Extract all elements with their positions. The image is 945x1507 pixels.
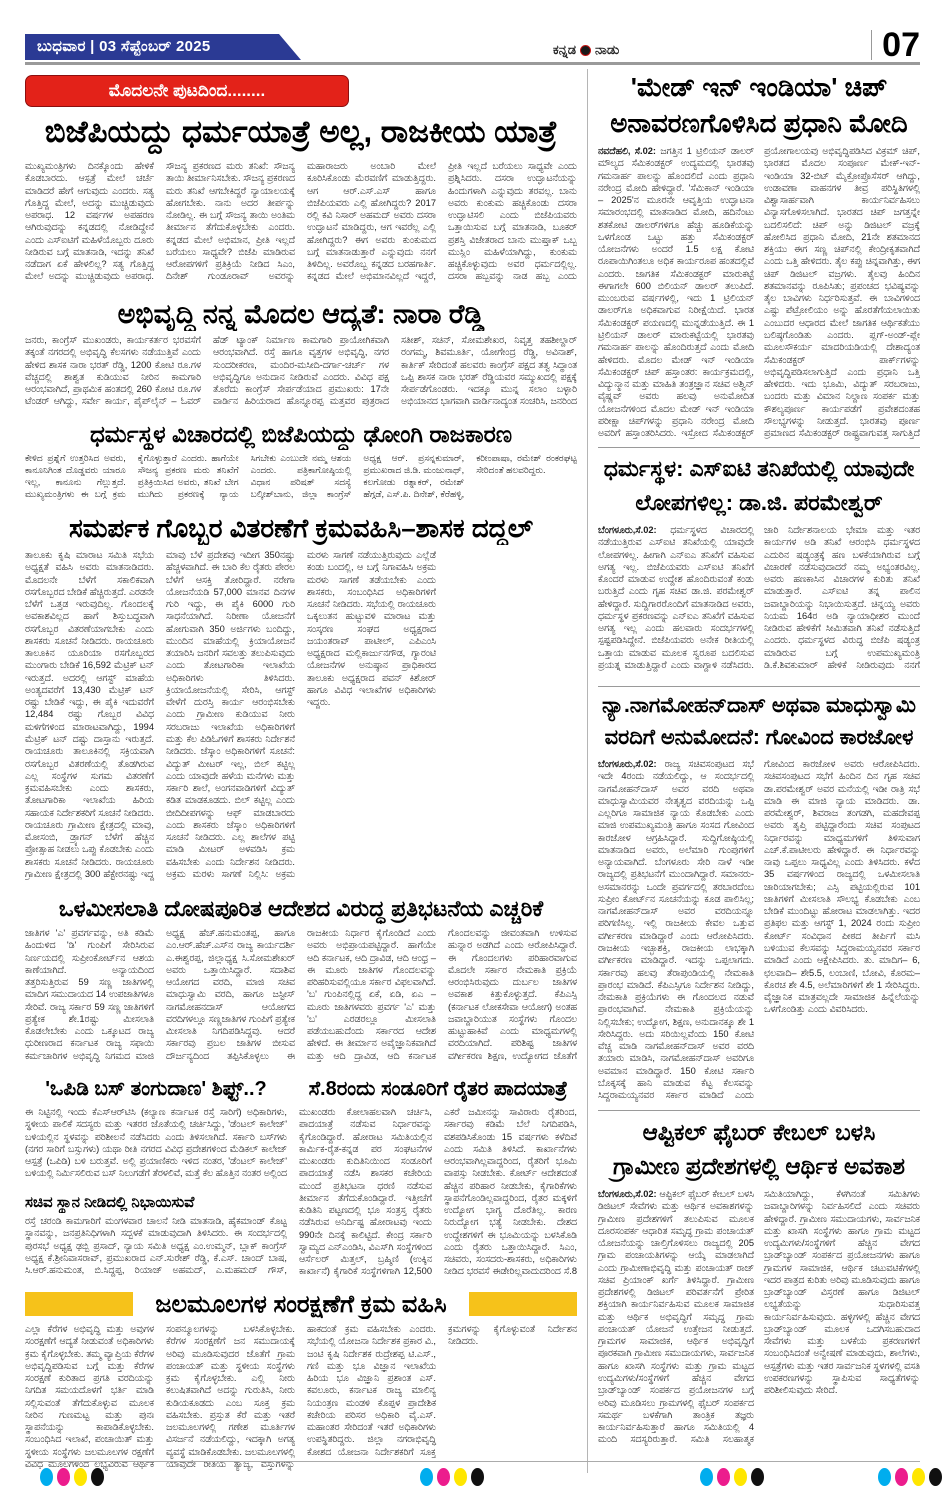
magenta-mark-icon <box>437 1468 450 1486</box>
headline-highlight-block-left <box>25 1292 133 1316</box>
article-sandur-padayatra: ಸೆ.8ರಂದು ಸಂಡೂರಿಗೆ ರೈತರ ಪಾದಯಾತ್ರೆ ಮುಖಂಡರು… <box>299 1076 577 1282</box>
article-body: ಕೇಳಿದ ಪ್ರಶ್ನೆಗೆ ಉತ್ತರಿಸಿದ ಅವರು, ಕಾನೂನಿಗಿ… <box>25 453 577 508</box>
article-headline: ಧರ್ಮಸ್ಥಳ ವಿಚಾರದಲ್ಲಿ ಬಿಜೆಪಿಯದ್ದು ಢೋಂಗಿ ರಾ… <box>25 420 577 450</box>
article-olamisalati: ಒಳಮೀಸಲಾತಿ ದೋಷಪೂರಿತ ಆದೇಶದ ವಿರುದ್ಧ ಪ್ರತಿಭಟ… <box>25 895 577 1071</box>
article-body: ಮುಖ್ಯಮಂತ್ರಿಗಳು ದಿನಕ್ಕೊಂದು ಹೇಳಿಕೆ ಕೊಡಬಾರದ… <box>25 160 577 294</box>
article-subheadline: ಸಚಿವ ಸ್ಥಾನ ನೀಡಿದಲ್ಲಿ ನಿಭಾಯಿಸುವೆ <box>25 1194 287 1213</box>
page-number: 07 <box>882 30 920 60</box>
black-mark-icon <box>471 1468 484 1486</box>
yellow-mark-icon <box>912 1468 925 1486</box>
article-optical-fiber: ಆಪ್ಟಿಕಲ್ ಫೈಬರ್ ಕೇಬಲ್ ಬಳಸಿ ಗ್ರಾಮೀಣ ಪ್ರದೇಶ… <box>598 1111 920 1446</box>
headline-line-2: ಗ್ರಾಮೀಣ ಪ್ರದೇಶಗಳಲ್ಲಿ ಆರ್ಥಿಕ ಅವಕಾಶ <box>598 1149 920 1183</box>
article-dharmasthala-dhongi: ಧರ್ಮಸ್ಥಳ ವಿಚಾರದಲ್ಲಿ ಬಿಜೆಪಿಯದ್ದು ಢೋಂಗಿ ರಾ… <box>25 420 577 508</box>
dateline: ಬೆಂಗಳೂರು,ಸೆ.02: <box>598 759 657 769</box>
print-registration-marks <box>878 1468 942 1486</box>
magenta-mark-icon <box>57 1468 70 1486</box>
article-body: ಎಲ್ಲಾ ಕೆರೆಗಳ ಅಭಿವೃದ್ಧಿ ಮತ್ತು ಅವುಗಳ ಸಂರಕ್… <box>25 1323 577 1473</box>
article-headline: ಜಲಮೂಲಗಳ ಸಂರಕ್ಷಣೆಗೆ ಕ್ರಮ ವಹಿಸಿ <box>143 1290 459 1319</box>
article-karajola: ನ್ಯಾ.ನಾಗಮೋಹನ್‌ದಾಸ್ ಅಥವಾ ಮಾಧುಸ್ವಾಮಿ ವರದಿಗ… <box>598 687 920 1105</box>
page-number-block: 07 <box>871 30 920 60</box>
article-body: ಮುಖಂಡರು ಕೋಲಾಹಲವಾಗಿ ಚರ್ಚಿಸಿ, ಪಾದಯಾತ್ರೆ ನಡ… <box>299 1106 577 1278</box>
dateline: ಬೆಂಗಳೂರು,ಸೆ.02: <box>598 525 657 535</box>
newspaper-page: ಬುಧವಾರ | 03 ಸೆಪ್ಟೆಂಬರ್ 2025 ಕನ್ನಡ ನಾಡು 0… <box>25 0 920 1473</box>
masthead-left-text: ಕನ್ನಡ <box>553 42 576 58</box>
article-bjp-yatra: ಬಿಜೆಪಿಯದ್ದು ಧರ್ಮಯಾತ್ರೆ ಅಲ್ಲ, ರಾಜಕೀಯ ಯಾತ್… <box>25 109 577 294</box>
headline-line-2: ವರದಿಗೆ ಅನುಮೋದನೆ: ಗೋವಿಂದ ಕಾರಜೋಳ <box>598 722 920 754</box>
yellow-mark-icon <box>454 1468 467 1486</box>
header-rule <box>25 62 920 65</box>
cyan-mark-icon <box>40 1468 53 1486</box>
article-abhivruddhi: ಅಭಿವೃದ್ಧಿ ನನ್ನ ಮೊದಲ ಆದ್ಯತೆ: ನಾರಾ ರೆಡ್ಡಿ … <box>25 298 577 416</box>
article-headline: ಆಪ್ಟಿಕಲ್ ಫೈಬರ್ ಕೇಬಲ್ ಬಳಸಿ ಗ್ರಾಮೀಣ ಪ್ರದೇಶ… <box>598 1111 920 1186</box>
dateline: ಬೆಂಗಳೂರು,ಸೆ.02: <box>598 1189 657 1199</box>
headline-line-1: ಧರ್ಮಸ್ಥಳ: ಎಸ್ಐಟಿ ತನಿಖೆಯಲ್ಲಿ ಯಾವುದೇ <box>598 452 920 486</box>
article-gobbara: ಸಮರ್ಪಕ ಗೊಬ್ಬರ ವಿತರಣೆಗೆ ಕ್ರಮವಹಿಸಿ–ಶಾಸಕ ದದ… <box>25 513 577 889</box>
print-registration-marks <box>420 1468 484 1486</box>
magenta-mark-icon <box>717 1468 730 1486</box>
headline-line-1: ಆಪ್ಟಿಕಲ್ ಫೈಬರ್ ಕೇಬಲ್ ಬಳಸಿ <box>598 1115 920 1149</box>
article-body: ಬೆಂಗಳೂರು,ಸೆ.02: ಆಪ್ಟಿಕಲ್ ಫೈಬರ್ ಕೇಬಲ್ ಬಳಸ… <box>598 1188 920 1446</box>
black-mark-icon <box>91 1468 104 1486</box>
print-registration-marks <box>700 1468 764 1486</box>
article-headline: ಅಭಿವೃದ್ಧಿ ನನ್ನ ಮೊದಲ ಆದ್ಯತೆ: ನಾರಾ ರೆಡ್ಡಿ <box>25 298 577 331</box>
yellow-mark-icon <box>74 1468 87 1486</box>
article-body: ಜಾತಿಗಳ 'ಎ' ಪ್ರವರ್ಗವನ್ನು, ಅತಿ ಕಡಿಮೆ ಹಿಂದು… <box>25 927 577 1071</box>
article-jalamoola: ಜಲಮೂಲಗಳ ಸಂರಕ್ಷಣೆಗೆ ಕ್ರಮ ವಹಿಸಿ ಎಲ್ಲಾ ಕೆರೆ… <box>25 1289 577 1473</box>
headline-highlight-block-right <box>469 1292 577 1316</box>
content-area: ಮೊದಲನೇ ಪುಟದಿಂದ........ ಬಿಜೆಪಿಯದ್ದು ಧರ್ಮಯ… <box>25 69 920 1473</box>
body-text: ಧರ್ಮಸ್ಥಳದ ವಿಚಾರದಲ್ಲಿ ನಡೆಯುತ್ತಿರುವ ಎಸ್ಐಟಿ… <box>598 525 920 670</box>
article-body: ಈ ನಿಟ್ಟಿನಲ್ಲಿ ಇಂದು ಕೆಎಸ್ಆರ್‌ಟಿಸಿ (ಕಲ್ಯಾಣ… <box>25 1106 287 1192</box>
body-text: ಆಪ್ಟಿಕಲ್ ಫೈಬರ್ ಕೇಬಲ್ ಬಳಸಿ ಡಿಜಿಟಲ್ ಸೇವೆಗಳ… <box>598 1189 920 1444</box>
article-headline: ಒಳಮೀಸಲಾತಿ ದೋಷಪೂರಿತ ಆದೇಶದ ವಿರುದ್ಧ ಪ್ರತಿಭಟ… <box>25 895 577 924</box>
article-headline: ಬಿಜೆಪಿಯದ್ದು ಧರ್ಮಯಾತ್ರೆ ಅಲ್ಲ, ರಾಜಕೀಯ ಯಾತ್… <box>25 109 577 157</box>
highlighted-headline-row: ಜಲಮೂಲಗಳ ಸಂರಕ್ಷಣೆಗೆ ಕ್ರಮ ವಹಿಸಿ <box>25 1289 577 1319</box>
article-body: ಬೆಂಗಳೂರು,ಸೆ.02: ರಾಜ್ಯ ಸಚಿವಸಂಪುಟದ ಸಭೆ ಇದೇ… <box>598 758 920 1105</box>
section-vertical-divider <box>587 69 588 1473</box>
article-headline: 'ಒಪಿಡಿ ಬಸ್ ತಂಗುದಾಣ' ಶಿಫ್ಟ್..? <box>25 1076 287 1104</box>
masthead: ಕನ್ನಡ ನಾಡು <box>553 42 619 60</box>
cyan-mark-icon <box>878 1468 891 1486</box>
cyan-mark-icon <box>420 1468 433 1486</box>
right-section: 'ಮೇಡ್ ಇನ್ ಇಂಡಿಯಾ' ಚಿಪ್ ಅನಾವರಣಗೊಳಿಸಿದ ಪ್ರ… <box>598 69 920 1473</box>
article-body: ಬೆಂಗಳೂರು,ಸೆ.02: ಧರ್ಮಸ್ಥಳದ ವಿಚಾರದಲ್ಲಿ ನಡೆ… <box>598 524 920 681</box>
cyan-mark-icon <box>700 1468 713 1486</box>
article-headline: ಸೆ.8ರಂದು ಸಂಡೂರಿಗೆ ರೈತರ ಪಾದಯಾತ್ರೆ <box>299 1076 577 1104</box>
article-headline: 'ಮೇಡ್ ಇನ್ ಇಂಡಿಯಾ' ಚಿಪ್ ಅನಾವರಣಗೊಳಿಸಿದ ಪ್ರ… <box>598 69 920 142</box>
body-text: ಜಗತ್ತಿನ 1 ಟ್ರಿಲಿಯನ್ ಡಾಲರ್ ಮೌಲ್ಯದ ಸೆಮಿಕಂಡ… <box>598 146 920 438</box>
article-body: ತಾಲೂಕು ಕೃಷಿ ಮಾರಾಟ ಸಮಿತಿ ಸಭೆಯ ಅಧ್ಯಕ್ಷತೆ ವ… <box>25 549 577 889</box>
article-body: ನವದೆಹಲಿ, ಸೆ.02: ಜಗತ್ತಿನ 1 ಟ್ರಿಲಿಯನ್ ಡಾಲರ… <box>598 145 920 442</box>
black-mark-icon <box>929 1468 942 1486</box>
yellow-mark-icon <box>734 1468 747 1486</box>
date-banner: ಬುಧವಾರ | 03 ಸೆಪ್ಟೆಂಬರ್ 2025 <box>25 34 301 60</box>
dateline: ನವದೆಹಲಿ, ಸೆ.02: <box>598 146 656 156</box>
article-subbody: ರಸ್ತೆ ಚರಂಡಿ ಕಾಮಗಾರಿಗೆ ಮಂಗಳವಾರ ಚಾಲನೆ ನೀಡಿ… <box>25 1215 287 1281</box>
headline-line-1: 'ಮೇಡ್ ಇನ್ ಇಂಡಿಯಾ' ಚಿಪ್ <box>598 69 920 105</box>
page-number-divider <box>871 30 872 60</box>
magenta-mark-icon <box>895 1468 908 1486</box>
body-text: ರಾಜ್ಯ ಸಚಿವಸಂಪುಟದ ಸಭೆ ಇದೇ 4ರಂದು ನಡೆಯಲಿದ್ದ… <box>598 759 920 1100</box>
article-headline: ನ್ಯಾ.ನಾಗಮೋಹನ್‌ದಾಸ್ ಅಥವಾ ಮಾಧುಸ್ವಾಮಿ ವರದಿಗ… <box>598 687 920 756</box>
headline-line-1: ನ್ಯಾ.ನಾಗಮೋಹನ್‌ದಾಸ್ ಅಥವಾ ಮಾಧುಸ್ವಾಮಿ <box>598 690 920 722</box>
twin-article-row: 'ಒಪಿಡಿ ಬಸ್ ತಂಗುದಾಣ' ಶಿಫ್ಟ್..? ಈ ನಿಟ್ಟಿನಲ… <box>25 1076 577 1282</box>
article-body: ಜನರು, ಕಾಂಗ್ರೆಸ್ ಮುಖಂಡರು, ಕಾರ್ಯಕರ್ತರ ಭರವಸ… <box>25 334 577 416</box>
article-headline: ಸಮರ್ಪಕ ಗೊಬ್ಬರ ವಿತರಣೆಗೆ ಕ್ರಮವಹಿಸಿ–ಶಾಸಕ ದದ… <box>25 513 577 545</box>
black-mark-icon <box>751 1468 764 1486</box>
article-sit-no-lapses: ಧರ್ಮಸ್ಥಳ: ಎಸ್ಐಟಿ ತನಿಖೆಯಲ್ಲಿ ಯಾವುದೇ ಲೋಪಗಳ… <box>598 448 920 681</box>
left-section: ಮೊದಲನೇ ಪುಟದಿಂದ........ ಬಿಜೆಪಿಯದ್ದು ಧರ್ಮಯ… <box>25 69 577 1473</box>
print-registration-marks <box>40 1468 104 1486</box>
headline-line-2: ಲೋಪಗಳಿಲ್ಲ: ಡಾ.ಜಿ. ಪರಮೇಶ್ವರ್ <box>598 486 920 520</box>
masthead-right-text: ನಾಡು <box>595 42 619 58</box>
article-modi-chip: 'ಮೇಡ್ ಇನ್ ಇಂಡಿಯಾ' ಚಿಪ್ ಅನಾವರಣಗೊಳಿಸಿದ ಪ್ರ… <box>598 69 920 442</box>
article-headline: ಧರ್ಮಸ್ಥಳ: ಎಸ್ಐಟಿ ತನಿಖೆಯಲ್ಲಿ ಯಾವುದೇ ಲೋಪಗಳ… <box>598 448 920 522</box>
headline-line-2: ಅನಾವರಣಗೊಳಿಸಿದ ಪ್ರಧಾನಿ ಮೋದಿ <box>598 105 920 141</box>
continuation-badge: ಮೊದಲನೇ ಪುಟದಿಂದ........ <box>25 75 349 107</box>
article-opd-bus: 'ಒಪಿಡಿ ಬಸ್ ತಂಗುದಾಣ' ಶಿಫ್ಟ್..? ಈ ನಿಟ್ಟಿನಲ… <box>25 1076 287 1282</box>
page-header: ಬುಧವಾರ | 03 ಸೆಪ್ಟೆಂಬರ್ 2025 ಕನ್ನಡ ನಾಡು 0… <box>25 0 920 60</box>
footer-rule <box>25 1461 920 1462</box>
masthead-logo-icon <box>580 45 591 56</box>
